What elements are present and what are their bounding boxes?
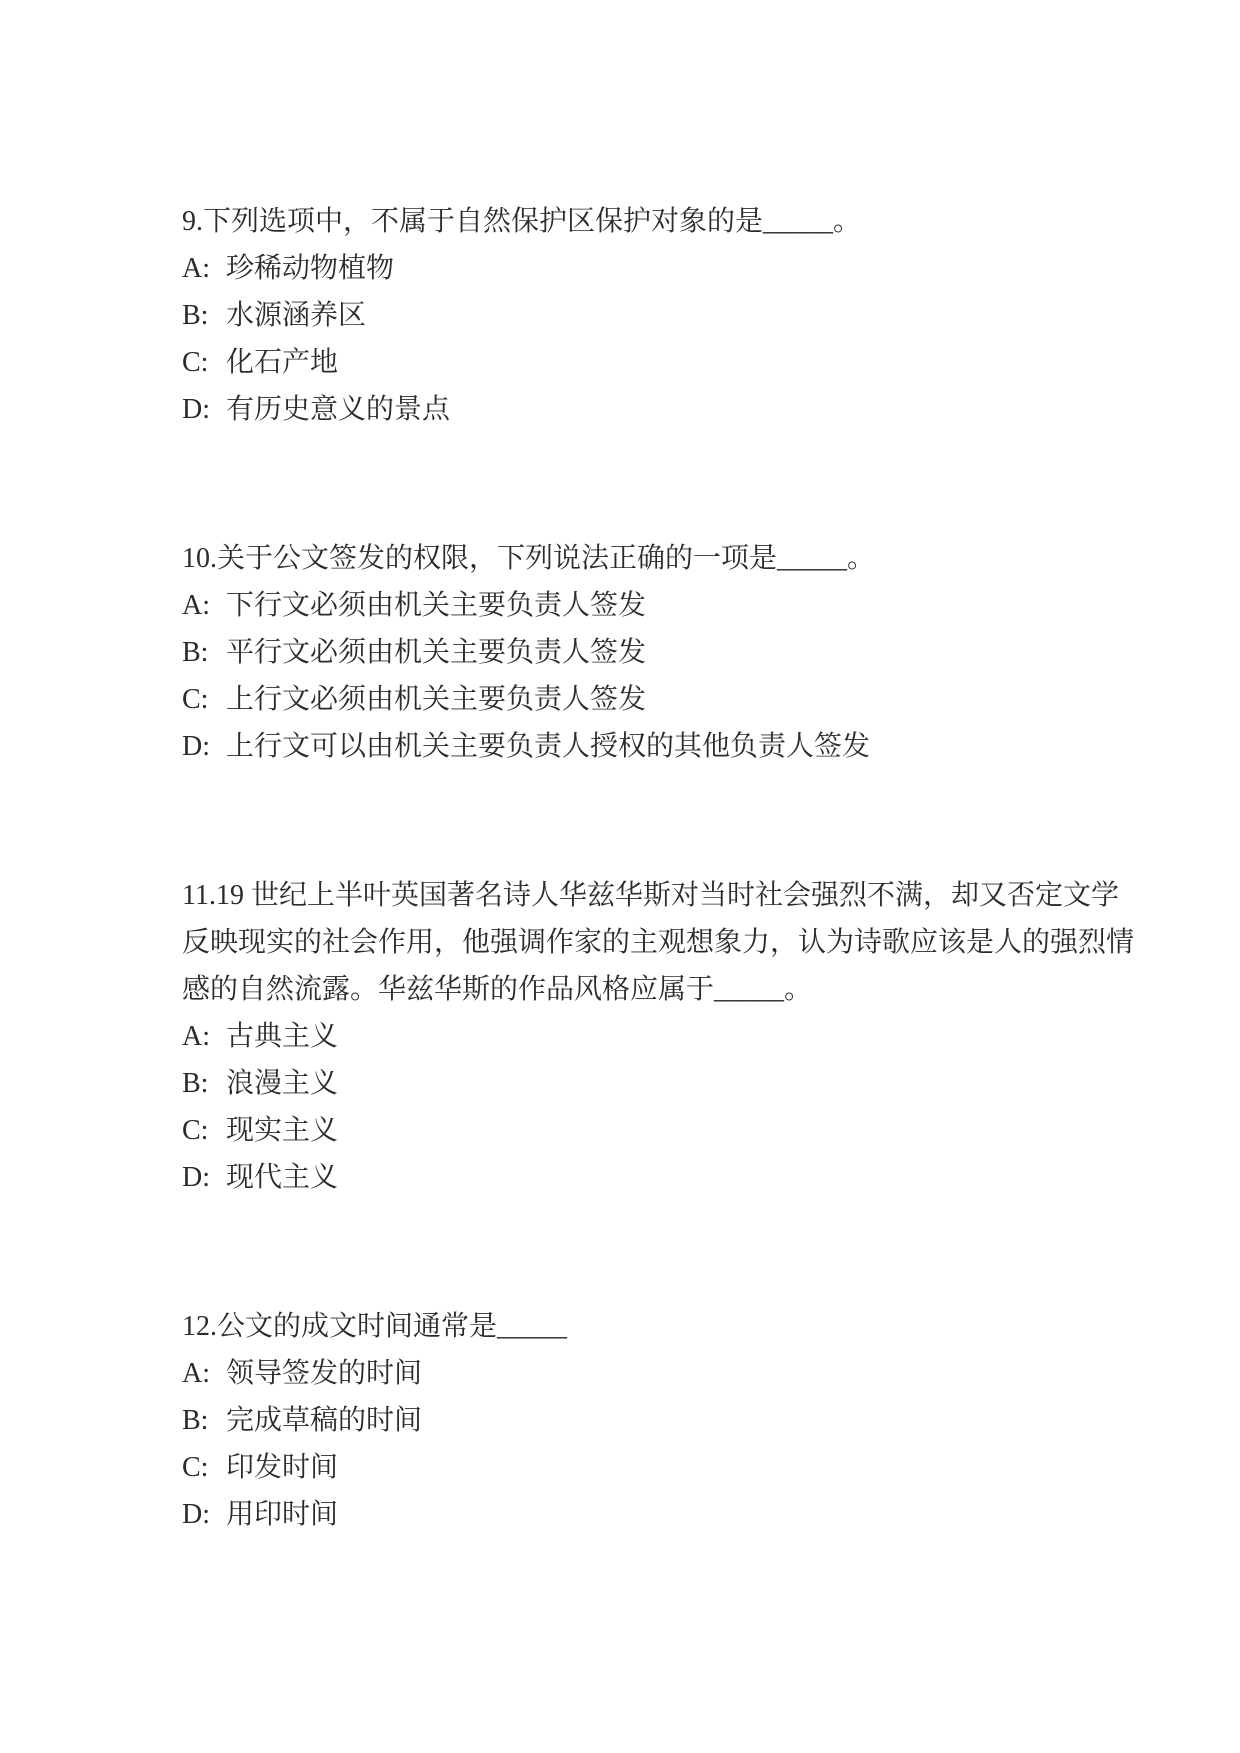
question-body: 下列选项中，不属于自然保护区保护对象的是_____。 [203, 206, 861, 237]
option-label: B: [182, 629, 212, 676]
option-label: A: [182, 582, 212, 629]
option-label: B: [182, 292, 212, 339]
question-text: 12.公文的成文时间通常是_____ [182, 1303, 1142, 1350]
question-text: 10.关于公文签发的权限，下列说法正确的一项是_____。 [182, 535, 1142, 582]
question-block-12: 12.公文的成文时间通常是_____ A:领导签发的时间 B:完成草稿的时间 C… [182, 1303, 1142, 1538]
option-row: C:化石产地 [182, 339, 1142, 386]
question-block-10: 10.关于公文签发的权限，下列说法正确的一项是_____。 A:下行文必须由机关… [182, 535, 1142, 770]
option-label: D: [182, 1154, 212, 1201]
question-number: 10. [182, 543, 217, 574]
option-text: 化石产地 [226, 347, 338, 378]
option-row: B:平行文必须由机关主要负责人签发 [182, 629, 1142, 676]
option-text: 领导签发的时间 [226, 1358, 422, 1389]
option-row: D:有历史意义的景点 [182, 386, 1142, 433]
option-row: C:印发时间 [182, 1444, 1142, 1491]
option-text: 浪漫主义 [226, 1068, 338, 1099]
option-text: 印发时间 [226, 1452, 338, 1483]
option-row: B:完成草稿的时间 [182, 1397, 1142, 1444]
exam-document-page: 9.下列选项中，不属于自然保护区保护对象的是_____。 A:珍稀动物植物 B:… [0, 0, 1240, 1753]
option-row: C:现实主义 [182, 1107, 1142, 1154]
option-text: 平行文必须由机关主要负责人签发 [226, 637, 646, 668]
option-text: 下行文必须由机关主要负责人签发 [226, 590, 646, 621]
question-number: 9. [182, 206, 203, 237]
option-label: C: [182, 339, 212, 386]
option-text: 有历史意义的景点 [226, 394, 450, 425]
option-label: C: [182, 1444, 212, 1491]
option-text: 珍稀动物植物 [226, 253, 394, 284]
option-text: 现代主义 [226, 1162, 338, 1193]
option-label: C: [182, 1107, 212, 1154]
option-text: 上行文必须由机关主要负责人签发 [226, 684, 646, 715]
question-number: 11. [182, 880, 216, 911]
option-row: A:领导签发的时间 [182, 1350, 1142, 1397]
question-body: 19 世纪上半叶英国著名诗人华兹华斯对当时社会强烈不满，却又否定文学反映现实的社… [182, 880, 1134, 1005]
option-label: A: [182, 245, 212, 292]
option-label: B: [182, 1060, 212, 1107]
option-row: D:上行文可以由机关主要负责人授权的其他负责人签发 [182, 723, 1142, 770]
option-row: D:现代主义 [182, 1154, 1142, 1201]
option-label: C: [182, 676, 212, 723]
option-text: 古典主义 [226, 1021, 338, 1052]
option-label: D: [182, 386, 212, 433]
option-row: D:用印时间 [182, 1491, 1142, 1538]
option-text: 水源涵养区 [226, 300, 366, 331]
option-row: B:浪漫主义 [182, 1060, 1142, 1107]
option-text: 上行文可以由机关主要负责人授权的其他负责人签发 [226, 731, 870, 762]
option-label: D: [182, 1491, 212, 1538]
option-row: A:珍稀动物植物 [182, 245, 1142, 292]
option-text: 用印时间 [226, 1499, 338, 1530]
option-row: A:下行文必须由机关主要负责人签发 [182, 582, 1142, 629]
option-label: D: [182, 723, 212, 770]
question-body: 公文的成文时间通常是_____ [217, 1311, 567, 1342]
option-row: B:水源涵养区 [182, 292, 1142, 339]
option-row: A:古典主义 [182, 1013, 1142, 1060]
question-block-9: 9.下列选项中，不属于自然保护区保护对象的是_____。 A:珍稀动物植物 B:… [182, 198, 1142, 433]
option-text: 现实主义 [226, 1115, 338, 1146]
question-body: 关于公文签发的权限，下列说法正确的一项是_____。 [217, 543, 875, 574]
question-block-11: 11.19 世纪上半叶英国著名诗人华兹华斯对当时社会强烈不满，却又否定文学反映现… [182, 872, 1142, 1201]
option-label: A: [182, 1013, 212, 1060]
question-text: 9.下列选项中，不属于自然保护区保护对象的是_____。 [182, 198, 1142, 245]
option-text: 完成草稿的时间 [226, 1405, 422, 1436]
option-label: A: [182, 1350, 212, 1397]
option-label: B: [182, 1397, 212, 1444]
question-text: 11.19 世纪上半叶英国著名诗人华兹华斯对当时社会强烈不满，却又否定文学反映现… [182, 872, 1142, 1013]
question-number: 12. [182, 1311, 217, 1342]
option-row: C:上行文必须由机关主要负责人签发 [182, 676, 1142, 723]
